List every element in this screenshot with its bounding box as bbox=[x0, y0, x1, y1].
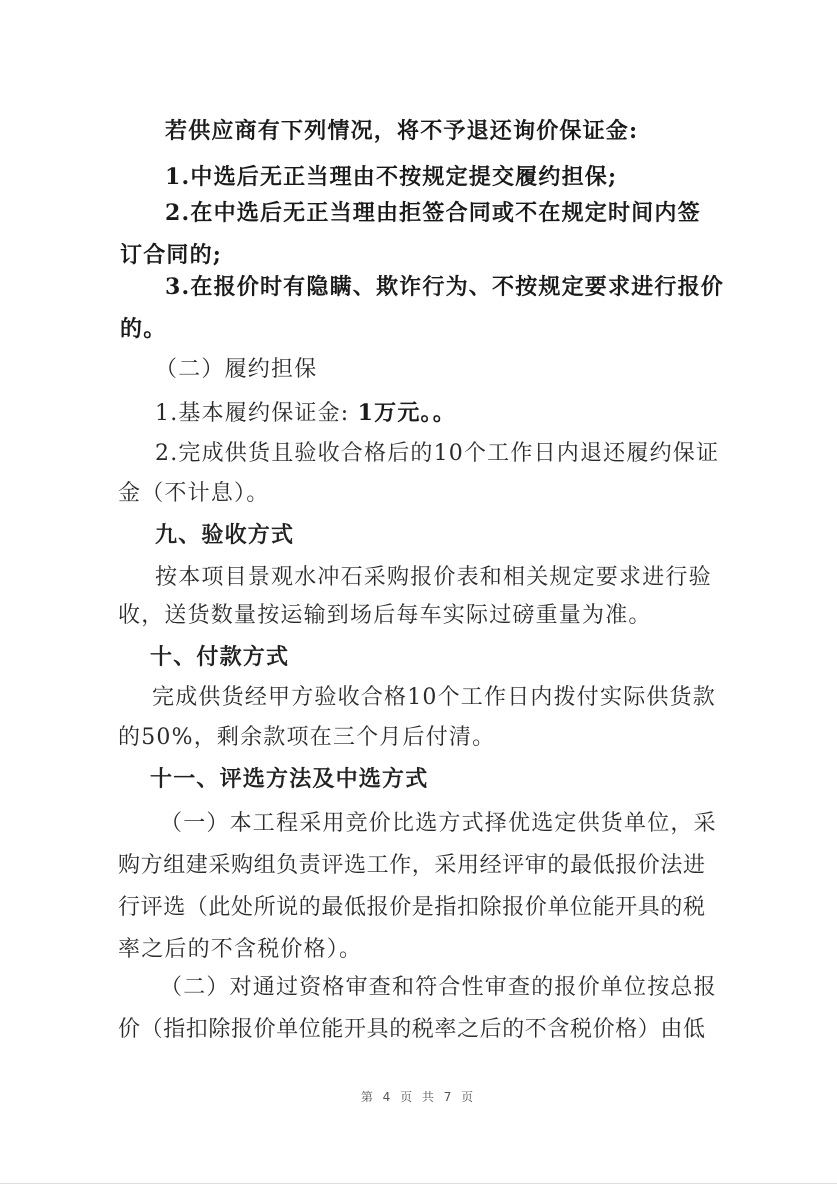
acceptance-text: 按本项目景观水冲石采购报价表和相关规定要求进行验 bbox=[155, 560, 712, 591]
clause-item-3: 3.在报价时有隐瞒、欺诈行为、不按规定要求进行报价 bbox=[165, 270, 724, 301]
guarantee-item-1: 1.基本履约保证金: 1万元。。 bbox=[155, 396, 456, 427]
evaluation-item-1-cont-1: 购方组建采购组负责评选工作，采用经评审的最低报价法进 bbox=[118, 848, 706, 879]
payment-text: 完成供货经甲方验收合格10个工作日内拨付实际供货款 bbox=[152, 680, 716, 711]
guarantee-item-2: 2.完成供货且验收合格后的10个工作日内退还履约保证 bbox=[155, 436, 719, 467]
clause-item-2-cont: 订合同的; bbox=[120, 238, 222, 269]
guarantee-item-2-cont: 金（不计息）。 bbox=[118, 476, 269, 507]
page-number: 第 4 页 共 7 页 bbox=[0, 1088, 837, 1105]
clause-item-2: 2.在中选后无正当理由拒签合同或不在规定时间内签 bbox=[165, 196, 701, 227]
section-heading-evaluation: 十一、评选方法及中选方式 bbox=[150, 762, 428, 793]
evaluation-item-1-cont-3: 率之后的不含税价格）。 bbox=[118, 932, 362, 963]
clause-item-1: 1.中选后无正当理由不按规定提交履约担保; bbox=[165, 160, 617, 191]
acceptance-text-cont: 收，送货数量按运输到场后每车实际过磅重量为准。 bbox=[118, 598, 652, 629]
page-edge-divider bbox=[0, 1183, 837, 1184]
guarantee-label: 1.基本履约保证金: bbox=[155, 401, 358, 426]
section-heading-acceptance: 九、验收方式 bbox=[155, 518, 294, 549]
section-heading-payment: 十、付款方式 bbox=[150, 640, 289, 671]
subsection-performance-guarantee: （二）履约担保 bbox=[155, 352, 317, 383]
guarantee-amount: 1万元。。 bbox=[358, 400, 456, 426]
evaluation-item-1-cont-2: 行评选（此处所说的最低报价是指扣除报价单位能开具的税 bbox=[118, 890, 706, 921]
clause-intro: 若供应商有下列情况，将不予退还询价保证金: bbox=[165, 114, 638, 145]
evaluation-item-1: （一）本工程采用竞价比选方式择优选定供货单位，采 bbox=[160, 806, 717, 837]
clause-item-3-cont: 的。 bbox=[120, 312, 166, 343]
evaluation-item-2: （二）对通过资格审查和符合性审查的报价单位按总报 bbox=[160, 970, 717, 1001]
payment-text-cont: 的50%，剩余款项在三个月后付清。 bbox=[118, 720, 495, 751]
evaluation-item-2-cont: 价（指扣除报价单位能开具的税率之后的不含税价格）由低 bbox=[118, 1012, 706, 1043]
